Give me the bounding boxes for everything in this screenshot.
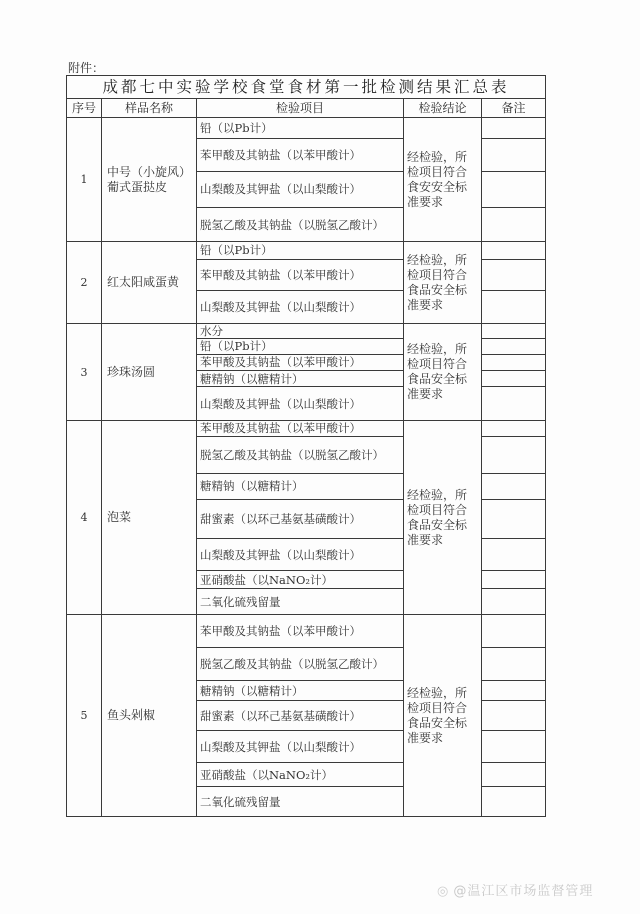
remarks bbox=[482, 118, 545, 241]
header-test-items: 检验项目 bbox=[197, 99, 404, 117]
sample-seq: 4 bbox=[67, 421, 102, 614]
test-items: 苯甲酸及其钠盐（以苯甲酸计） 脱氢乙酸及其钠盐（以脱氢乙酸计） 糖精钠（以糖精计… bbox=[197, 421, 404, 614]
sample-name: 泡菜 bbox=[102, 421, 197, 614]
test-item: 苯甲酸及其钠盐（以苯甲酸计） bbox=[197, 421, 403, 437]
remark-cell bbox=[482, 474, 545, 500]
table-header-row: 序号 样品名称 检验项目 检验结论 备注 bbox=[67, 99, 545, 118]
test-item: 脱氢乙酸及其钠盐（以脱氢乙酸计） bbox=[197, 208, 403, 241]
remarks bbox=[482, 242, 545, 323]
header-seq: 序号 bbox=[67, 99, 102, 117]
test-item: 亚硝酸盐（以NaNO₂计） bbox=[197, 571, 403, 589]
sample-name: 鱼头剁椒 bbox=[102, 615, 197, 816]
sample-row: 1 中号（小旋风）葡式蛋挞皮 铅（以Pb计） 苯甲酸及其钠盐（以苯甲酸计） 山梨… bbox=[67, 118, 545, 242]
remark-cell bbox=[482, 371, 545, 388]
remark-cell bbox=[482, 324, 545, 339]
sample-seq: 3 bbox=[67, 324, 102, 420]
test-item: 山梨酸及其钾盐（以山梨酸计） bbox=[197, 172, 403, 209]
remark-cell bbox=[482, 701, 545, 731]
sample-row: 5 鱼头剁椒 苯甲酸及其钠盐（以苯甲酸计） 脱氢乙酸及其钠盐（以脱氢乙酸计） 糖… bbox=[67, 615, 545, 816]
header-remarks: 备注 bbox=[482, 99, 545, 117]
test-item: 甜蜜素（以环己基氨基磺酸计） bbox=[197, 500, 403, 540]
test-items: 苯甲酸及其钠盐（以苯甲酸计） 脱氢乙酸及其钠盐（以脱氢乙酸计） 糖精钠（以糖精计… bbox=[197, 615, 404, 816]
test-item: 水分 bbox=[197, 324, 403, 339]
watermark-text: @温江区市场监督管理 bbox=[453, 884, 593, 899]
remark-cell bbox=[482, 648, 545, 681]
remark-cell bbox=[482, 731, 545, 763]
sample-row: 3 珍珠汤圆 水分 铅（以Pb计） 苯甲酸及其钠盐（以苯甲酸计） 糖精钠（以糖精… bbox=[67, 324, 545, 421]
remarks bbox=[482, 615, 545, 816]
sample-seq: 2 bbox=[67, 242, 102, 323]
sample-seq: 5 bbox=[67, 615, 102, 816]
test-items: 铅（以Pb计） 苯甲酸及其钠盐（以苯甲酸计） 山梨酸及其钾盐（以山梨酸计） 脱氢… bbox=[197, 118, 404, 241]
remark-cell bbox=[482, 539, 545, 571]
test-item: 亚硝酸盐（以NaNO₂计） bbox=[197, 763, 403, 787]
conclusion: 经检验，所检项目符合食品安全标准要求 bbox=[404, 615, 482, 816]
conclusion: 经检验，所检项目符合食品安全标准要求 bbox=[404, 324, 482, 420]
test-item: 苯甲酸及其钠盐（以苯甲酸计） bbox=[197, 355, 403, 371]
test-item: 糖精钠（以糖精计） bbox=[197, 474, 403, 500]
test-item: 山梨酸及其钾盐（以山梨酸计） bbox=[197, 539, 403, 571]
remark-cell bbox=[482, 571, 545, 589]
remark-cell bbox=[482, 681, 545, 701]
header-conclusion: 检验结论 bbox=[404, 99, 482, 117]
sample-seq: 1 bbox=[67, 118, 102, 241]
test-item: 脱氢乙酸及其钠盐（以脱氢乙酸计） bbox=[197, 437, 403, 474]
test-item: 糖精钠（以糖精计） bbox=[197, 681, 403, 701]
remark-cell bbox=[482, 787, 545, 816]
test-item: 铅（以Pb计） bbox=[197, 339, 403, 355]
weibo-icon: ◎ bbox=[437, 884, 449, 899]
test-item: 山梨酸及其钾盐（以山梨酸计） bbox=[197, 291, 403, 323]
sample-name: 中号（小旋风）葡式蛋挞皮 bbox=[102, 118, 197, 241]
conclusion: 经检验，所检项目符合食品安全标准要求 bbox=[404, 242, 482, 323]
conclusion: 经检验，所检项目符合食品安全标准要求 bbox=[404, 421, 482, 614]
test-item: 山梨酸及其钾盐（以山梨酸计） bbox=[197, 731, 403, 763]
test-item: 甜蜜素（以环己基氨基磺酸计） bbox=[197, 701, 403, 731]
test-items: 铅（以Pb计） 苯甲酸及其钠盐（以苯甲酸计） 山梨酸及其钾盐（以山梨酸计） bbox=[197, 242, 404, 323]
remark-cell bbox=[482, 437, 545, 474]
remark-cell bbox=[482, 500, 545, 540]
remark-cell bbox=[482, 615, 545, 648]
conclusion: 经检验，所检项目符合食安安全标准要求 bbox=[404, 118, 482, 241]
test-items: 水分 铅（以Pb计） 苯甲酸及其钠盐（以苯甲酸计） 糖精钠（以糖精计） 山梨酸及… bbox=[197, 324, 404, 420]
test-item: 苯甲酸及其钠盐（以苯甲酸计） bbox=[197, 615, 403, 648]
test-item: 苯甲酸及其钠盐（以苯甲酸计） bbox=[197, 139, 403, 172]
sample-row: 2 红太阳咸蛋黄 铅（以Pb计） 苯甲酸及其钠盐（以苯甲酸计） 山梨酸及其钾盐（… bbox=[67, 242, 545, 324]
remark-cell bbox=[482, 172, 545, 209]
sample-name: 珍珠汤圆 bbox=[102, 324, 197, 420]
table-title: 成都七中实验学校食堂食材第一批检测结果汇总表 bbox=[67, 76, 545, 99]
attachment-label: 附件： bbox=[68, 59, 104, 76]
remark-cell bbox=[482, 242, 545, 260]
remark-cell bbox=[482, 355, 545, 371]
remarks bbox=[482, 324, 545, 420]
remark-cell bbox=[482, 118, 545, 139]
test-item: 铅（以Pb计） bbox=[197, 118, 403, 139]
remark-cell bbox=[482, 387, 545, 420]
sample-name: 红太阳咸蛋黄 bbox=[102, 242, 197, 323]
remark-cell bbox=[482, 421, 545, 437]
results-table: 成都七中实验学校食堂食材第一批检测结果汇总表 序号 样品名称 检验项目 检验结论… bbox=[66, 75, 546, 817]
document-page: 附件： 成都七中实验学校食堂食材第一批检测结果汇总表 序号 样品名称 检验项目 … bbox=[0, 0, 640, 914]
test-item: 铅（以Pb计） bbox=[197, 242, 403, 260]
remark-cell bbox=[482, 763, 545, 787]
remark-cell bbox=[482, 139, 545, 172]
watermark: ◎@温江区市场监督管理 bbox=[437, 880, 593, 899]
test-item: 脱氢乙酸及其钠盐（以脱氢乙酸计） bbox=[197, 648, 403, 681]
test-item: 二氧化硫残留量 bbox=[197, 787, 403, 816]
remark-cell bbox=[482, 260, 545, 292]
header-sample-name: 样品名称 bbox=[102, 99, 197, 117]
test-item: 二氧化硫残留量 bbox=[197, 589, 403, 614]
remark-cell bbox=[482, 208, 545, 241]
sample-row: 4 泡菜 苯甲酸及其钠盐（以苯甲酸计） 脱氢乙酸及其钠盐（以脱氢乙酸计） 糖精钠… bbox=[67, 421, 545, 615]
test-item: 山梨酸及其钾盐（以山梨酸计） bbox=[197, 387, 403, 420]
remark-cell bbox=[482, 589, 545, 614]
remark-cell bbox=[482, 291, 545, 323]
test-item: 糖精钠（以糖精计） bbox=[197, 371, 403, 388]
test-item: 苯甲酸及其钠盐（以苯甲酸计） bbox=[197, 260, 403, 292]
remarks bbox=[482, 421, 545, 614]
remark-cell bbox=[482, 339, 545, 355]
